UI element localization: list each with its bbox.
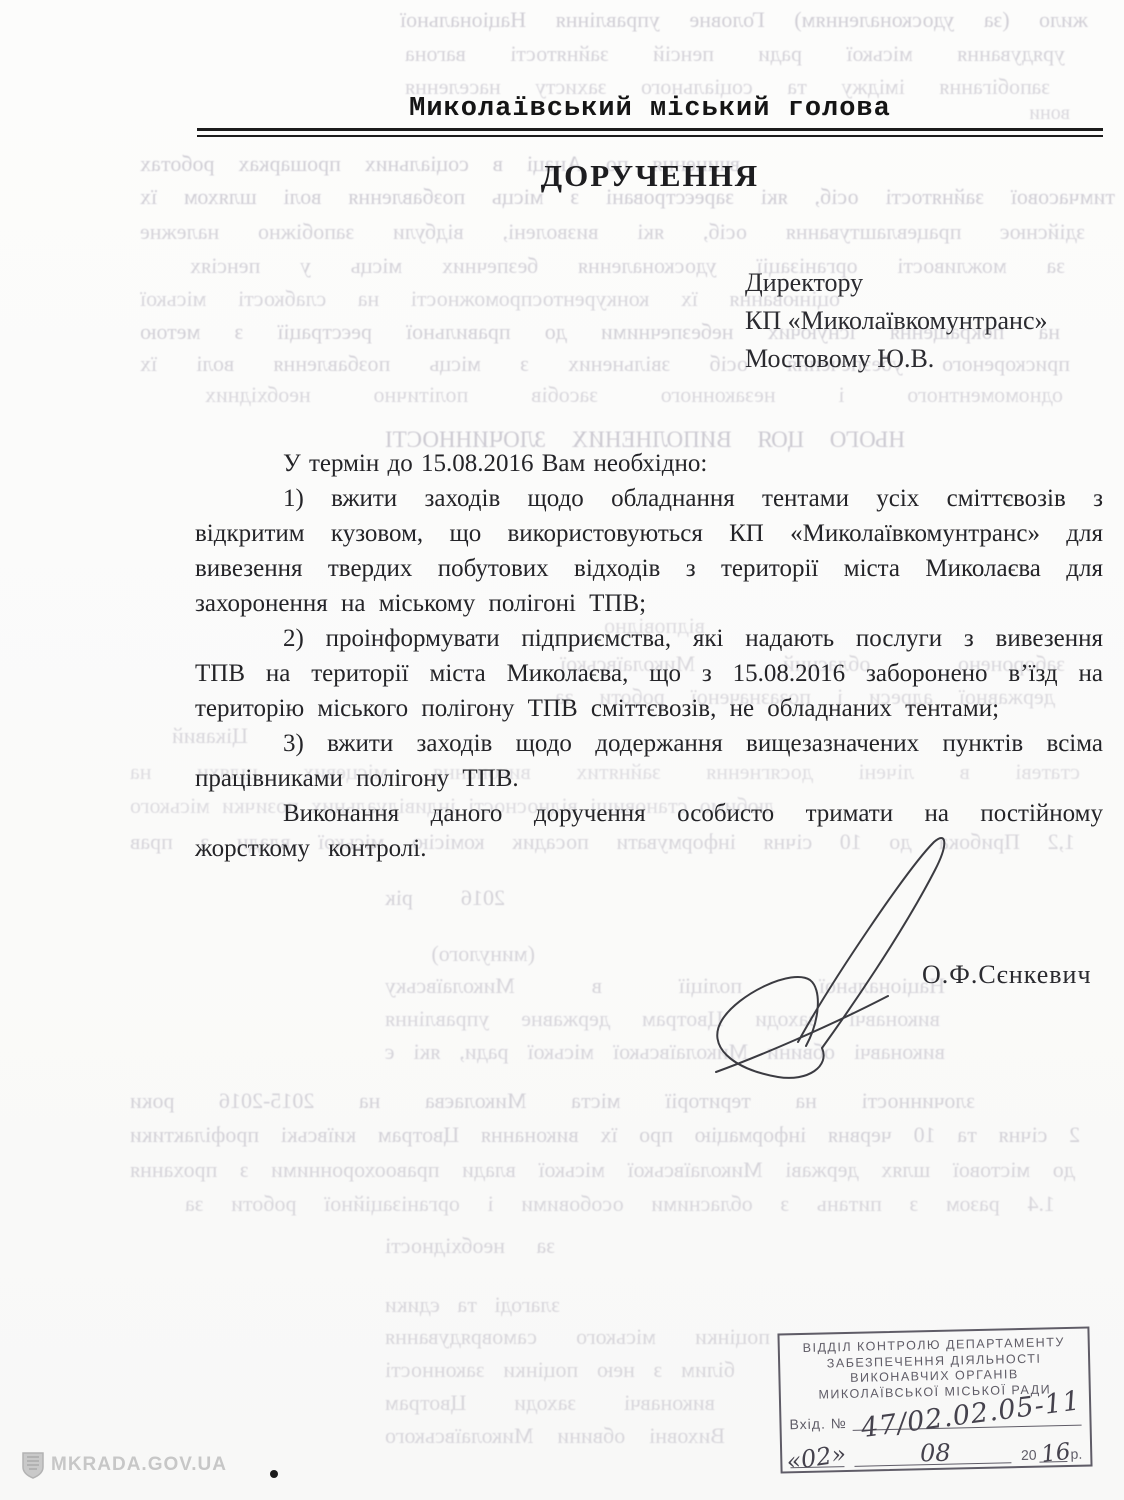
stamp-entry-label: Вхід. № — [789, 1415, 847, 1432]
body-item-2: 2) проінформувати підприємства, які нада… — [195, 621, 1103, 726]
body-text: У термін до 15.08.2016 Вам необхідно: 1)… — [195, 446, 1103, 866]
stamp-year-prefix: 20 — [1021, 1447, 1037, 1463]
registration-stamp: ВІДДІЛ КОНТРОЛЮ ДЕПАРТАМЕНТУ ЗАБЕЗПЕЧЕНН… — [777, 1326, 1092, 1473]
addressee-block: Директору КП «Миколаївкомунтранс» Мостов… — [745, 264, 1048, 378]
body-intro: У термін до 15.08.2016 Вам необхідно: — [195, 446, 1103, 481]
stamp-day-underline: «02» — [790, 1443, 845, 1468]
stamp-month-value: 08 — [920, 1439, 951, 1468]
site-watermark: MKRADA.GOV.UA — [20, 1450, 227, 1480]
ink-dot — [270, 1470, 278, 1478]
org-title: Миколаївський міський голова — [195, 94, 1105, 124]
signature-name: О.Ф.Сєнкевич — [922, 960, 1092, 990]
addressee-company: КП «Миколаївкомунтранс» — [745, 302, 1048, 340]
stamp-month-underline: 08 — [854, 1439, 1011, 1467]
signature-autograph — [680, 830, 960, 1095]
body-item-1: 1) вжити заходів щодо обладнання тентами… — [195, 481, 1103, 621]
stamp-year-underline: 16 — [1039, 1438, 1068, 1463]
addressee-role: Директору — [745, 264, 1048, 302]
addressee-person: Мостовому Ю.В. — [745, 340, 1048, 378]
body-closing: Виконання даного доручення особисто трим… — [195, 796, 1103, 866]
document-content: Миколаївський міський голова ДОРУЧЕННЯ Д… — [0, 0, 1124, 1500]
stamp-day-value: «02» — [785, 1440, 848, 1476]
watermark-text: MKRADA.GOV.UA — [51, 1454, 227, 1476]
stamp-entry-underline: 47/02.02.05-11 — [852, 1399, 1081, 1431]
crest-shield-icon — [20, 1450, 46, 1480]
stamp-year-suffix: р. — [1070, 1446, 1082, 1462]
body-item-3: 3) вжити заходів щодо додержання вищезаз… — [195, 726, 1103, 796]
document-page: жило (за удосконаленням) Головне управлі… — [0, 0, 1124, 1500]
doc-title: ДОРУЧЕННЯ — [195, 158, 1105, 194]
stamp-year-value: 16 — [1040, 1439, 1072, 1468]
header-rule — [197, 128, 1103, 137]
